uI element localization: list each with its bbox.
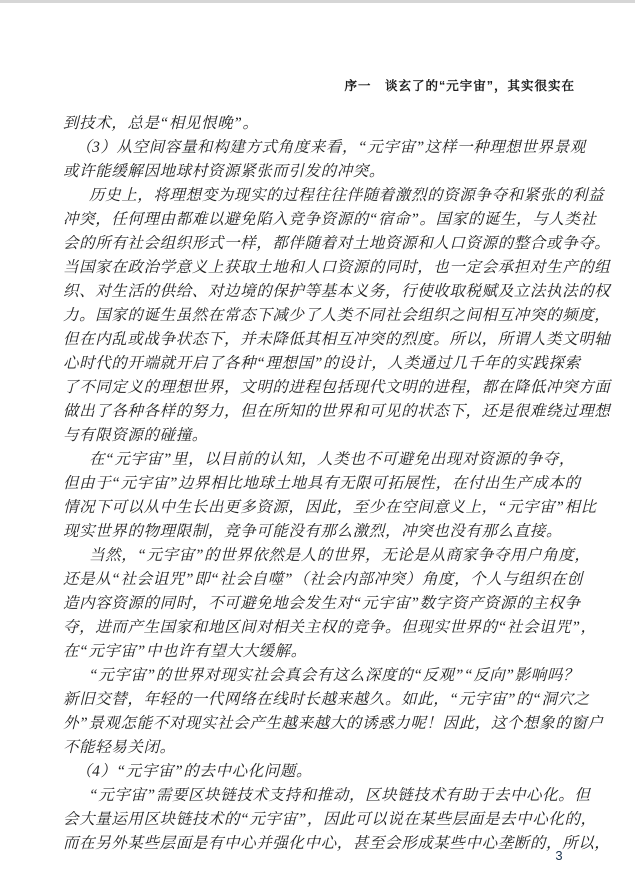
body-line: 当然，“元宇宙”的世界依然是人的世界，无论是从商家争夺用户角度， [63,544,575,568]
body-line: 历史上，将理想变为现实的过程往往伴随着激烈的资源争夺和紧张的利益 [63,184,575,208]
body-line: 外”景观怎能不对现实社会产生越来越大的诱惑力呢！因此，这个想象的窗户 [63,712,575,736]
body-line: 夺，进而产生国家和地区间对相关主权的竞争。但现实世界的“社会诅咒”， [63,616,575,640]
body-line: 新旧交替，年轻的一代网络在线时长越来越久。如此，“元宇宙”的“洞穴之 [63,688,575,712]
body-line: 会大量运用区块链技术的“元宇宙”，因此可以说在某些层面是去中心化的， [63,808,575,832]
running-head: 序一 谈玄了的“元宇宙”，其实很实在 [63,79,575,93]
body-line: （3）从空间容量和构建方式角度来看，“元宇宙”这样一种理想世界景观 [63,136,575,160]
body-line: 心时代的开端就开启了各种“理想国”的设计，人类通过几千年的实践探索 [63,352,575,376]
body-line: “元宇宙”需要区块链技术支持和推动，区块链技术有助于去中心化。但 [63,784,575,808]
body-line: 而在另外某些层面是有中心并强化中心，甚至会形成某些中心垄断的，所以， [63,832,575,856]
body-line: 冲突，任何理由都难以避免陷入竞争资源的“宿命”。国家的诞生，与人类社 [63,208,575,232]
body-line: 情况下可以从中生长出更多资源，因此，至少在空间意义上，“元宇宙”相比 [63,496,575,520]
body-line: 但在内乱或战争状态下，并未降低其相互冲突的烈度。所以，所谓人类文明轴 [63,328,575,352]
body-line: 或许能缓解因地球村资源紧张而引发的冲突。 [63,160,575,184]
body-line: 到技术，总是“相见恨晚”。 [63,112,575,136]
body-line: 在“元宇宙”中也许有望大大缓解。 [63,640,575,664]
body-line: 当国家在政治学意义上获取土地和人口资源的同时，也一定会承担对生产的组 [63,256,575,280]
body-line: 了不同定义的理想世界，文明的进程包括现代文明的进程，都在降低冲突方面 [63,376,575,400]
body-line: 在“元宇宙”里，以目前的认知，人类也不可避免出现对资源的争夺， [63,448,575,472]
body-line: “元宇宙”的世界对现实社会真会有这么深度的“反观”“反向”影响吗？ [63,664,575,688]
page-number: 3 [546,849,572,863]
body-line: 做出了各种各样的努力，但在所知的世界和可见的状态下，还是很难绕过理想 [63,400,575,424]
body-line: 但由于“元宇宙”边界相比地球土地具有无限可拓展性，在付出生产成本的 [63,472,575,496]
body-line: 不能轻易关闭。 [63,736,575,760]
body-line: 会的所有社会组织形式一样，都伴随着对土地资源和人口资源的整合或争夺。 [63,232,575,256]
body-line: （4）“元宇宙”的去中心化问题。 [63,760,575,784]
body-line: 现实世界的物理限制，竞争可能没有那么激烈，冲突也没有那么直接。 [63,520,575,544]
body-line: 造内容资源的同时，不可避免地会发生对“元宇宙”数字资产资源的主权争 [63,592,575,616]
body-line: 与有限资源的碰撞。 [63,424,575,448]
book-page: 序一 谈玄了的“元宇宙”，其实很实在 到技术，总是“相见恨晚”。（3）从空间容量… [0,0,635,878]
scan-edge-artifact [0,0,635,3]
body-line: 织、对生活的供给、对边境的保护等基本义务，行使收取税赋及立法执法的权 [63,280,575,304]
body-line: 力。国家的诞生虽然在常态下减少了人类不同社会组织之间相互冲突的频度， [63,304,575,328]
body-line: 还是从“社会诅咒”即“社会自噬”（社会内部冲突）角度，个人与组织在创 [63,568,575,592]
page-body: 到技术，总是“相见恨晚”。（3）从空间容量和构建方式角度来看，“元宇宙”这样一种… [63,112,575,856]
